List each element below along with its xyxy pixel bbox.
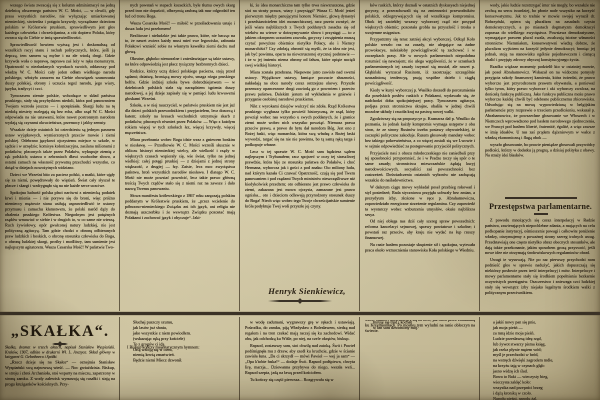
review-column-5: a jakiś nowy pan się pnie,jak moja pieśń… (480, 317, 600, 400)
letter-column-2: nych powstań w stepach kozackich, byle t… (120, 0, 240, 311)
politics-column-4: ków ruskich, którzy doznali w ostatnich … (360, 0, 480, 311)
biblio-text: Skałka, dramat w trzech aktach, napisał … (5, 345, 115, 359)
section-divider-rule (505, 197, 577, 199)
review-column-4: miłuje się trud i kochałw łan sam dzwoni… (360, 317, 480, 400)
letter-text-col3: ki, że idea monarchiczna tam tylko trwa … (245, 3, 355, 209)
politics-column-5: wody, jakie ludzie rozstrzygać inter nie… (480, 0, 600, 311)
letter-text-col1: wszego świata zwracają się z kolumn admi… (5, 3, 115, 250)
review-column-3: w wodę zadumani, wygrawszy grę w rękach … (240, 317, 360, 400)
politics-text-col5-top: wody, jakie ludzie rozstrzygać inter nie… (485, 3, 595, 159)
letter-column-1: wszego świata zwracają się z kolumn admi… (0, 0, 120, 311)
letter-column-3: ki, że idea monarchiczna tam tylko trwa … (240, 0, 360, 311)
heading-dash (534, 213, 548, 215)
review-bridge-line: I Biskup kończy majestatycznym hymnem: (125, 345, 235, 350)
review-verse-col5: a jakiś nowy pan się pnie,jak moja pieśń… (485, 320, 595, 400)
biblio-note: Skałka, dramat w trzech aktach, napisał … (5, 345, 115, 359)
review-text-col3: w wodę zadumani, wygrawszy grę w rękach … (245, 320, 355, 383)
bottom-section: „SKAŁKA“. Skałka, dramat w trzech aktach… (0, 317, 600, 400)
top-section: wszego świata zwracają się z kolumn admi… (0, 0, 600, 311)
review-column-1: „SKAŁKA“. Skałka, dramat w trzech aktach… (0, 317, 120, 400)
letter-text-col2: nych powstań w stepach kozackich, byle t… (125, 3, 235, 221)
newspaper-page: wszego świata zwracają się z kolumn admi… (0, 0, 600, 400)
review-text-col4: Ludu cicha, przepada. Od gaju, drogą do … (365, 320, 475, 334)
review-headline: „SKAŁKA“. (5, 323, 115, 341)
horizontal-section-rule (0, 312, 600, 315)
review-text-col1: „Rzecz dzieje się na Skałce“ — oznajmia … (5, 360, 115, 387)
politics-text-col5-bottom: Z powodu mnożących się coraz interpelacy… (485, 218, 595, 296)
politics-text-col4: ków ruskich, którzy doznali w ostatnich … (365, 3, 475, 253)
signature-ornament (268, 300, 332, 302)
letter-signature: Henryk Sienkiewicz, (245, 286, 355, 296)
politics-article-heading: Przestępstwa parlamentarne. (485, 202, 596, 211)
review-column-2: Słuchaj puszczy szumu,jak lasów już słan… (120, 317, 240, 400)
